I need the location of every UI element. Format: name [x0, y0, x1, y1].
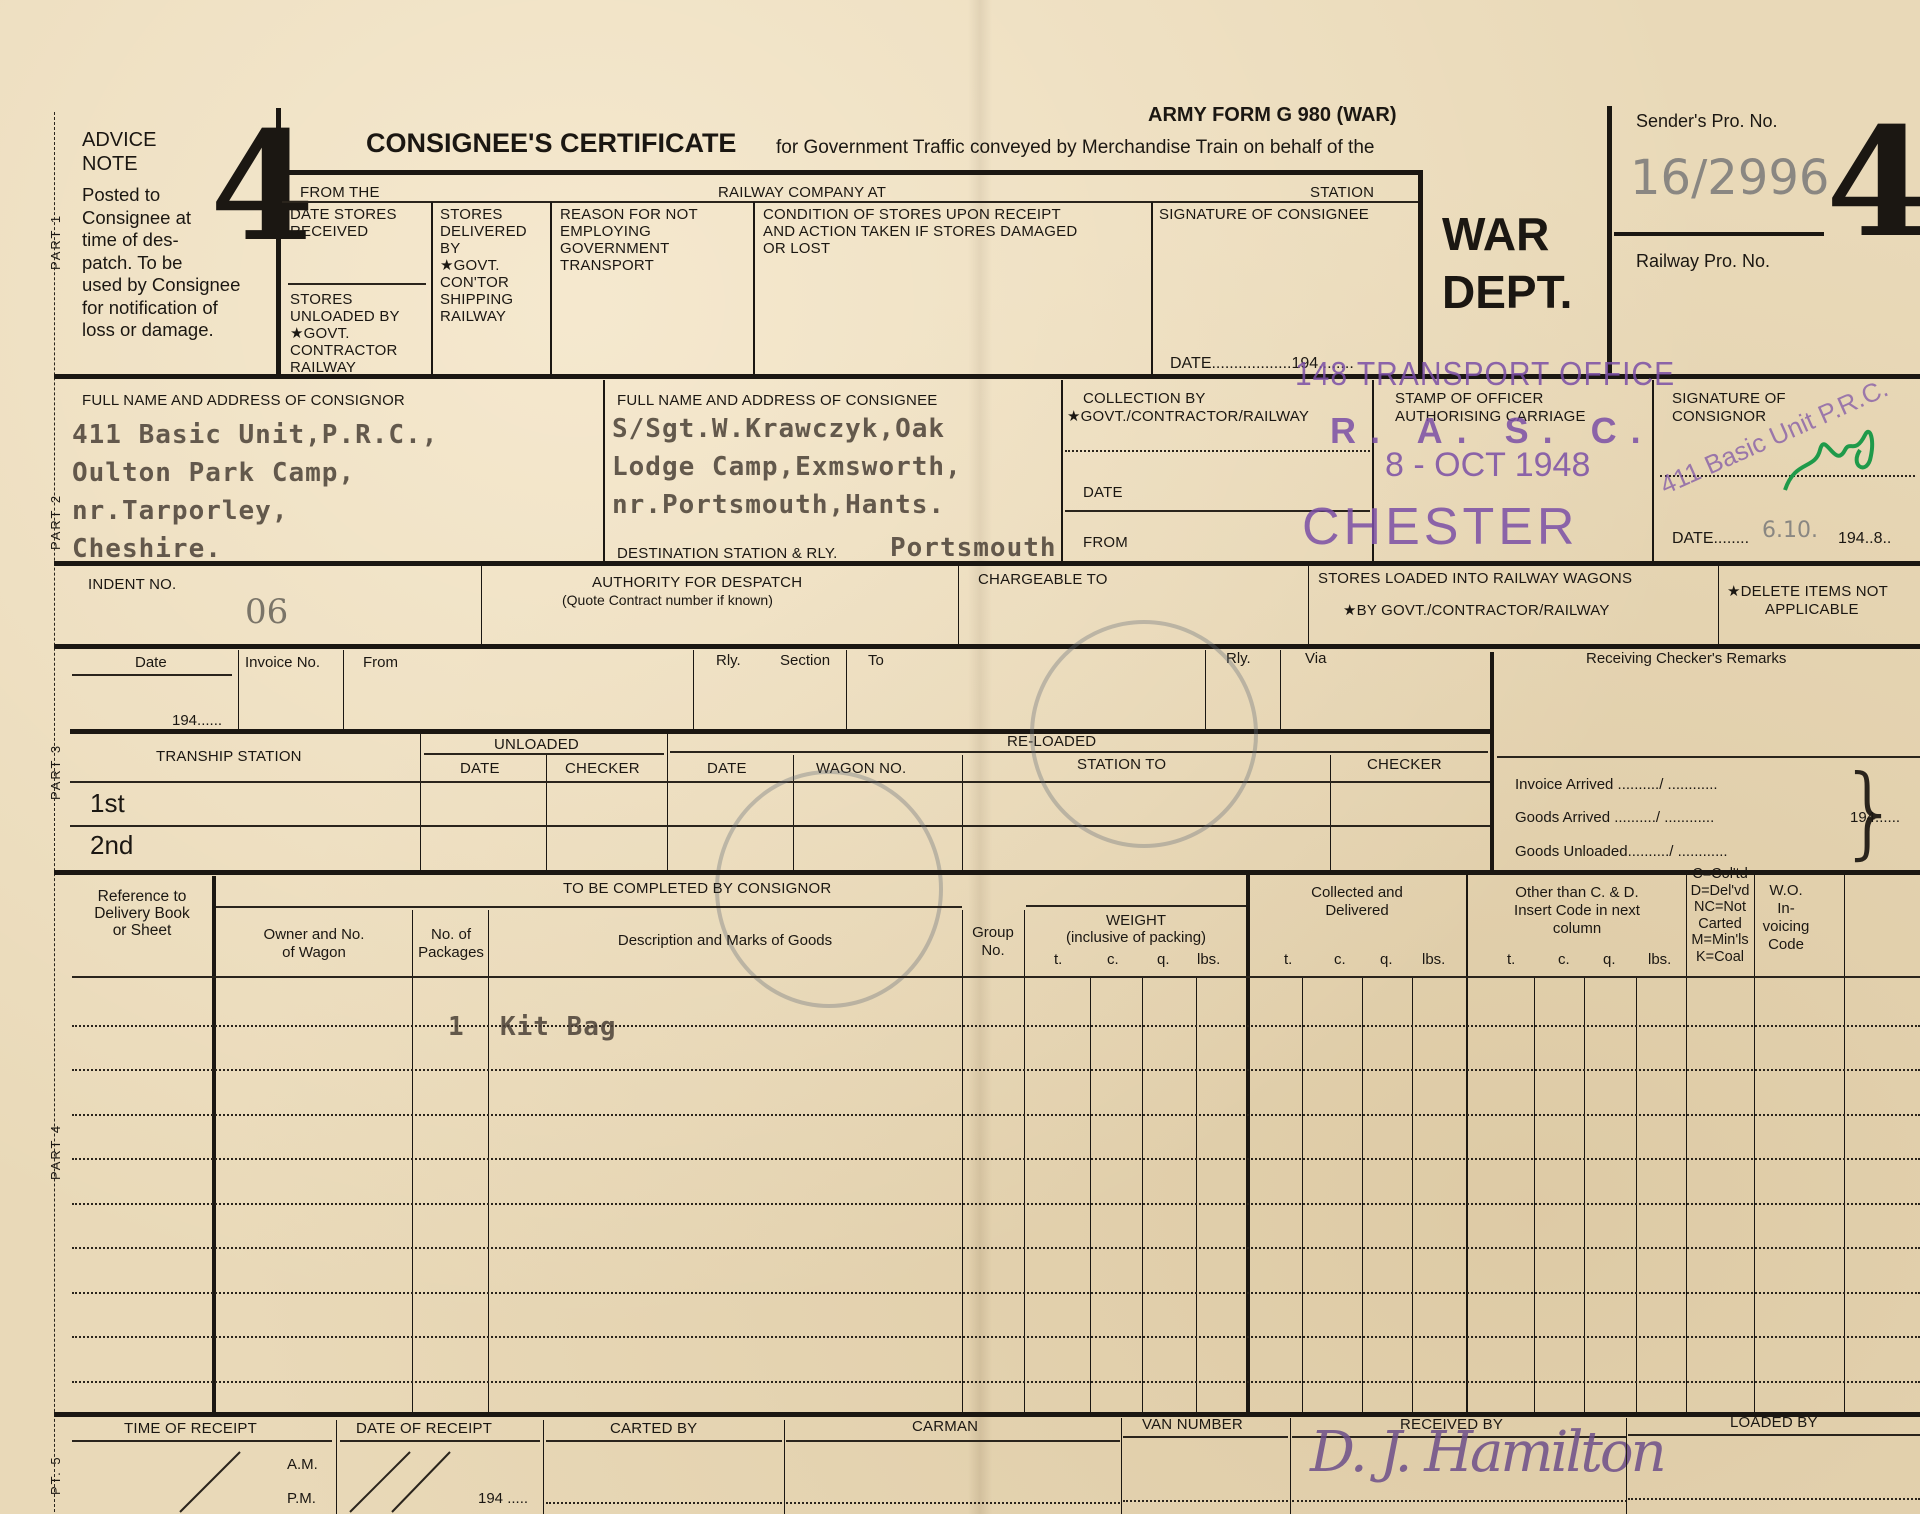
dept-label: DEPT.: [1442, 263, 1572, 321]
destination-value[interactable]: Portsmouth: [890, 533, 1057, 563]
goods-unloaded-field[interactable]: Goods Unloaded........../ ............: [1515, 843, 1728, 861]
rule: [786, 1502, 1120, 1504]
rule: [1123, 1500, 1288, 1502]
other-than-header: Other than C. & D. Insert Code in next c…: [1470, 884, 1684, 938]
label-line: Owner and No.: [216, 926, 412, 944]
remarks-divider: [1490, 652, 1494, 874]
time-of-receipt-label: TIME OF RECEIPT: [124, 1420, 257, 1437]
part5-top-rule: [54, 1412, 1920, 1417]
destination-label: DESTINATION STATION & RLY.: [617, 545, 838, 562]
label-line: DELIVERED: [440, 223, 527, 240]
label-line: STORES: [290, 291, 400, 308]
address-line: S/Sgt.W.Krawczyk,Oak: [612, 410, 962, 448]
advice-line: loss or damage.: [82, 319, 240, 342]
advice-line: for notification of: [82, 297, 240, 320]
col-divider: [1196, 978, 1197, 1414]
rule: [1026, 905, 1246, 907]
year-suffix: 194......: [1850, 809, 1900, 827]
delete-note: ★DELETE ITEMS NOT: [1727, 583, 1888, 600]
label-line: No.: [962, 942, 1024, 960]
col-divider: [431, 202, 433, 376]
col-divider: [962, 910, 963, 1414]
address-line: nr.Portsmouth,Hants.: [612, 486, 962, 524]
rule: [1628, 1498, 1920, 1500]
unit-q: q.: [1380, 951, 1393, 969]
label-line: In-: [1754, 900, 1818, 918]
carted-by-label: CARTED BY: [610, 1420, 697, 1437]
weight-header: WEIGHT: [1026, 912, 1246, 930]
consignor-address[interactable]: 411 Basic Unit,P.R.C., Oulton Park Camp,…: [72, 416, 438, 568]
col-divider: [546, 755, 547, 870]
label-line: of Wagon: [216, 944, 412, 962]
packages-header: No. of Packages: [414, 926, 488, 962]
label-line: BY: [440, 240, 527, 257]
label-line: EMPLOYING: [560, 223, 698, 240]
col-divider: [1090, 978, 1091, 1414]
part4-top-rule: [54, 870, 1920, 875]
margin-rule: [54, 112, 56, 1512]
col-divider: [603, 380, 605, 562]
col-divider: [962, 755, 963, 870]
indent-no-value[interactable]: 06: [245, 592, 288, 632]
address-line: Lodge Camp,Exmsworth,: [612, 448, 962, 486]
carman-label: CARMAN: [912, 1418, 978, 1435]
col-divider: [1636, 978, 1637, 1414]
address-line: nr.Tarporley,: [72, 492, 438, 530]
consignor-date-year: 194..8..: [1838, 530, 1891, 548]
code-line: NC=Not: [1687, 899, 1753, 916]
war-label: WAR: [1442, 205, 1572, 263]
label-line: Other than C. & D.: [1470, 884, 1684, 902]
consignor-date-label: DATE........: [1672, 530, 1749, 548]
reason-not-employing-label: REASON FOR NOT EMPLOYING GOVERNMENT TRAN…: [560, 206, 698, 274]
stores-delivered-by-label: STORES DELIVERED BY ★GOVT. CON'TOR SHIPP…: [440, 206, 527, 325]
row-2nd-label: 2nd: [90, 830, 133, 861]
col-divider: [1330, 755, 1331, 870]
col-divider: [543, 1420, 544, 1514]
chester-stamp: CHESTER: [1302, 497, 1578, 557]
rule: [424, 753, 664, 755]
from-the-label: FROM THE: [300, 184, 380, 201]
label-line: CONDITION OF STORES UPON RECEIPT: [763, 206, 1077, 223]
part1-box-right: [1418, 170, 1423, 376]
part-5-label: PT. 5: [48, 1455, 63, 1495]
pm-label: P.M.: [287, 1490, 316, 1508]
tranship-top-rule: [70, 729, 1490, 734]
header-bottom-rule: [72, 976, 1920, 978]
unloaded-date-header: DATE: [460, 760, 500, 777]
advice-line: used by Consignee: [82, 274, 240, 297]
rule: [546, 1440, 782, 1442]
consignor-label: FULL NAME AND ADDRESS OF CONSIGNOR: [82, 392, 405, 409]
advice-note-title: ADVICE NOTE: [82, 128, 156, 176]
entry-row-rule: [72, 1114, 1920, 1116]
code-line: Carted: [1687, 916, 1753, 933]
label-line: Group: [962, 924, 1024, 942]
date-year-suffix: 194......: [172, 712, 222, 730]
part1-box-top: [282, 170, 1422, 175]
label-line: UNLOADED BY: [290, 308, 400, 325]
receiving-checker-label: Receiving Checker's Remarks: [1586, 650, 1786, 668]
entry-row-rule: [72, 1203, 1920, 1205]
label-line: REASON FOR NOT: [560, 206, 698, 223]
senders-pro-no-label: Sender's Pro. No.: [1636, 112, 1778, 130]
stores-loaded-options: ★BY GOVT./CONTRACTOR/RAILWAY: [1343, 602, 1610, 619]
part-1-label: PART 1: [48, 214, 63, 270]
col-divider: [1061, 380, 1063, 562]
col-divider: [238, 650, 239, 730]
goods-description[interactable]: Kit Bag: [500, 1012, 617, 1042]
col-divider: [753, 202, 755, 376]
railway-company-label: RAILWAY COMPANY AT: [718, 184, 886, 201]
col-divider: [667, 734, 668, 870]
part-2-label: PART 2: [48, 494, 63, 550]
col-divider: [1412, 978, 1413, 1414]
label-line: AND ACTION TAKEN IF STORES DAMAGED: [763, 223, 1077, 240]
unloaded-checker-header: CHECKER: [565, 760, 640, 777]
label-line: CONTRACTOR: [290, 342, 400, 359]
rule: [1065, 450, 1370, 452]
signature-consignor-label-2: CONSIGNOR: [1672, 408, 1766, 425]
consignor-date-value[interactable]: 6.10.: [1762, 518, 1818, 543]
invoice-arrived-field[interactable]: Invoice Arrived ........../ ............: [1515, 776, 1718, 794]
collection-from-label: FROM: [1083, 534, 1128, 551]
col-divider: [550, 202, 552, 376]
tranship-station-header: TRANSHIP STATION: [156, 748, 302, 765]
label-line: Code: [1754, 936, 1818, 954]
entry-row-rule: [72, 1158, 1920, 1160]
collected-delivered-header: Collected and Delivered: [1250, 884, 1464, 920]
consignor-signature: [1775, 420, 1885, 500]
address-line: Oulton Park Camp,: [72, 454, 438, 492]
code-line: C=Col'td: [1687, 866, 1753, 883]
consignee-label: FULL NAME AND ADDRESS OF CONSIGNEE: [617, 392, 937, 409]
col-divider: [846, 650, 847, 730]
col-divider: [784, 1420, 785, 1514]
label-line: STORES: [440, 206, 527, 223]
col-divider: [488, 910, 489, 1414]
wo-invoicing-header: W.O. In- voicing Code: [1754, 882, 1818, 954]
unit-t: t.: [1054, 951, 1062, 969]
unit-lbs: lbs.: [1422, 951, 1445, 969]
reloaded-checker-header: CHECKER: [1367, 756, 1442, 773]
form-subtitle: for Government Traffic conveyed by Merch…: [776, 137, 1374, 159]
form-number-right: 4: [1826, 108, 1920, 258]
col-divider: [420, 734, 421, 870]
entry-row-rule: [72, 1292, 1920, 1294]
col-divider: [1626, 1418, 1627, 1514]
col-divider: [1466, 870, 1468, 1414]
col-divider: [1652, 380, 1654, 562]
official-paid-stamp: [1030, 620, 1258, 848]
label-line: W.O.: [1754, 882, 1818, 900]
label-line: Delivered: [1250, 902, 1464, 920]
col-divider: [1121, 1418, 1122, 1514]
date-stamp: 8 - OCT 1948: [1385, 446, 1590, 485]
authority-label: AUTHORITY FOR DESPATCH: [592, 574, 802, 591]
address-line: 411 Basic Unit,P.R.C.,: [72, 416, 438, 454]
label-line: ★GOVT.: [440, 257, 527, 274]
authority-sub: (Quote Contract number if known): [562, 591, 773, 609]
col-divider: [1280, 650, 1281, 730]
entry-row-rule: [72, 1336, 1920, 1338]
col-divider: [343, 650, 344, 730]
col-divider: [481, 566, 482, 644]
unloaded-header: UNLOADED: [494, 736, 579, 753]
condition-of-stores-label: CONDITION OF STORES UPON RECEIPT AND ACT…: [763, 206, 1077, 257]
rule: [786, 1440, 1120, 1442]
collection-by-label: COLLECTION BY: [1083, 390, 1206, 407]
indent-no-label: INDENT No.: [88, 576, 176, 593]
war-dept-label: WAR DEPT.: [1442, 205, 1572, 321]
via-header: Via: [1305, 650, 1326, 668]
label-line: No. of: [414, 926, 488, 944]
label-line: GOVERNMENT: [560, 240, 698, 257]
rly-header: Rly.: [716, 652, 741, 670]
collection-by-options: ★GOVT./CONTRACTOR/RAILWAY: [1067, 408, 1309, 425]
station-label: STATION: [1310, 184, 1374, 201]
stores-unloaded-by-label: STORES UNLOADED BY ★GOVT. CONTRACTOR RAI…: [290, 291, 400, 376]
row-1st-label: 1st: [90, 788, 125, 819]
col-divider: [1844, 870, 1845, 1414]
rule: [1292, 1500, 1627, 1502]
label-line: ★GOVT.: [290, 325, 400, 342]
label-line: OR LOST: [763, 240, 1077, 257]
unit-q: q.: [1157, 951, 1170, 969]
packages-count[interactable]: 1: [448, 1012, 465, 1042]
chargeable-to-label: CHARGEABLE TO: [978, 571, 1108, 588]
section-header: Section: [780, 652, 830, 670]
label-line: Delivery Book: [82, 905, 202, 922]
label-line: or Sheet: [82, 922, 202, 939]
part-3-label: PART 3: [48, 744, 63, 800]
rule: [72, 1440, 332, 1442]
goods-arrived-field[interactable]: Goods Arrived ........../ ............: [1515, 809, 1714, 827]
collection-date-label: DATE: [1083, 484, 1123, 501]
loaded-by-label: LOADED BY: [1730, 1414, 1818, 1431]
col-divider: [1534, 978, 1535, 1414]
owner-wagon-header: Owner and No. of Wagon: [216, 926, 412, 962]
signature-of-consignee-label: SIGNATURE OF CONSIGNEE: [1159, 206, 1369, 223]
van-number-label: VAN NUMBER: [1142, 1416, 1243, 1433]
unit-t: t.: [1284, 951, 1292, 969]
received-by-signature[interactable]: D. J. Hamilton: [1310, 1420, 1664, 1485]
col-divider: [1584, 978, 1585, 1414]
to-be-completed-header: TO BE COMPLETED BY CONSIGNOR: [563, 880, 831, 897]
entry-row-rule: [72, 1381, 1920, 1383]
label-line: Reference to: [82, 888, 202, 905]
to-header: To: [868, 652, 884, 670]
from-header: From: [363, 654, 398, 672]
reloaded-date-header: DATE: [707, 760, 747, 777]
unit-lbs: lbs.: [1648, 951, 1671, 969]
label-line: voicing: [1754, 918, 1818, 936]
date-of-receipt-label: DATE OF RECEIPT: [356, 1420, 492, 1437]
rule: [216, 906, 962, 908]
label-line: Insert Code in next: [1470, 902, 1684, 920]
col-divider: [958, 566, 959, 644]
col-divider: [1718, 566, 1719, 644]
col-divider: [1142, 978, 1143, 1414]
description-header: Description and Marks of Goods: [488, 932, 962, 950]
group-no-header: Group No.: [962, 924, 1024, 960]
army-form-number: ARMY FORM G 980 (WAR): [1148, 104, 1397, 127]
code-line: M=Min'ls: [1687, 932, 1753, 949]
part1-header-rule: [282, 201, 1418, 203]
pro-no-rule: [1614, 232, 1824, 236]
code-line: K=Coal: [1687, 949, 1753, 966]
col-divider: [1151, 202, 1153, 376]
unit-c: c.: [1107, 951, 1119, 969]
unit-c: c.: [1334, 951, 1346, 969]
rule: [288, 283, 426, 285]
reference-header: Reference to Delivery Book or Sheet: [82, 888, 202, 939]
advice-title-1: ADVICE: [82, 128, 156, 152]
label-line: Packages: [414, 944, 488, 962]
entry-row-rule: [72, 1069, 1920, 1071]
col-divider: [1362, 978, 1363, 1414]
transport-office-stamp: 148 TRANSPORT OFFICE: [1295, 356, 1675, 393]
date-stores-received-label: DATE STORES RECEIVED: [290, 206, 430, 240]
label-line: RAILWAY: [440, 308, 527, 325]
col-divider: [336, 1420, 337, 1514]
rule: [546, 1502, 782, 1504]
col-divider: [1302, 978, 1303, 1414]
weight-sub-header: (inclusive of packing): [1026, 929, 1246, 947]
col-divider: [1290, 1418, 1291, 1514]
rule: [340, 1440, 540, 1442]
label-line: Collected and: [1250, 884, 1464, 902]
code-line: D=Del'vd: [1687, 883, 1753, 900]
date-slashes-icon: [340, 1450, 480, 1514]
am-label: A.M.: [287, 1456, 318, 1474]
pro-no-divider: [1607, 106, 1612, 376]
col-divider: [693, 650, 694, 730]
advice-title-2: NOTE: [82, 152, 156, 176]
entry-row-rule: [72, 1025, 1920, 1027]
signature-consignor-label: SIGNATURE OF: [1672, 390, 1786, 407]
part1-left-rule: [276, 108, 281, 376]
rule: [1123, 1436, 1288, 1438]
label-line: CON'TOR: [440, 274, 527, 291]
senders-pro-no-value[interactable]: 16/2996: [1630, 150, 1829, 206]
unit-t: t.: [1507, 951, 1515, 969]
unit-lbs: lbs.: [1197, 951, 1220, 969]
rule: [72, 674, 232, 676]
weight-divider: [1246, 870, 1250, 1414]
entry-row-rule: [72, 1247, 1920, 1249]
stores-loaded-label: STORES LOADED INTO RAILWAY WAGONS: [1318, 570, 1632, 587]
label-line: SHIPPING: [440, 291, 527, 308]
delete-note-2: APPLICABLE: [1765, 601, 1859, 618]
col-divider: [1308, 566, 1309, 644]
label-line: TRANSPORT: [560, 257, 698, 274]
unit-c: c.: [1558, 951, 1570, 969]
form-title: CONSIGNEE'S CERTIFICATE: [366, 128, 736, 159]
time-slash-icon: [170, 1450, 250, 1514]
railway-pro-no-label: Railway Pro. No.: [1636, 252, 1770, 270]
receipt-year: 194 .....: [478, 1490, 528, 1508]
label-line: column: [1470, 920, 1684, 938]
codes-legend: C=Col'td D=Del'vd NC=Not Carted M=Min'ls…: [1687, 866, 1753, 965]
part3-top-rule: [54, 644, 1920, 649]
unit-q: q.: [1603, 951, 1616, 969]
part-4-label: PART 4: [48, 1124, 63, 1180]
date-header: Date: [135, 654, 167, 672]
col-divider: [1024, 910, 1025, 1414]
indent-top-rule: [54, 561, 1920, 566]
rule: [1628, 1434, 1920, 1436]
invoice-no-header: Invoice No.: [245, 654, 320, 672]
col-divider: [412, 910, 413, 1414]
consignee-address[interactable]: S/Sgt.W.Krawczyk,Oak Lodge Camp,Exmswort…: [612, 410, 962, 524]
